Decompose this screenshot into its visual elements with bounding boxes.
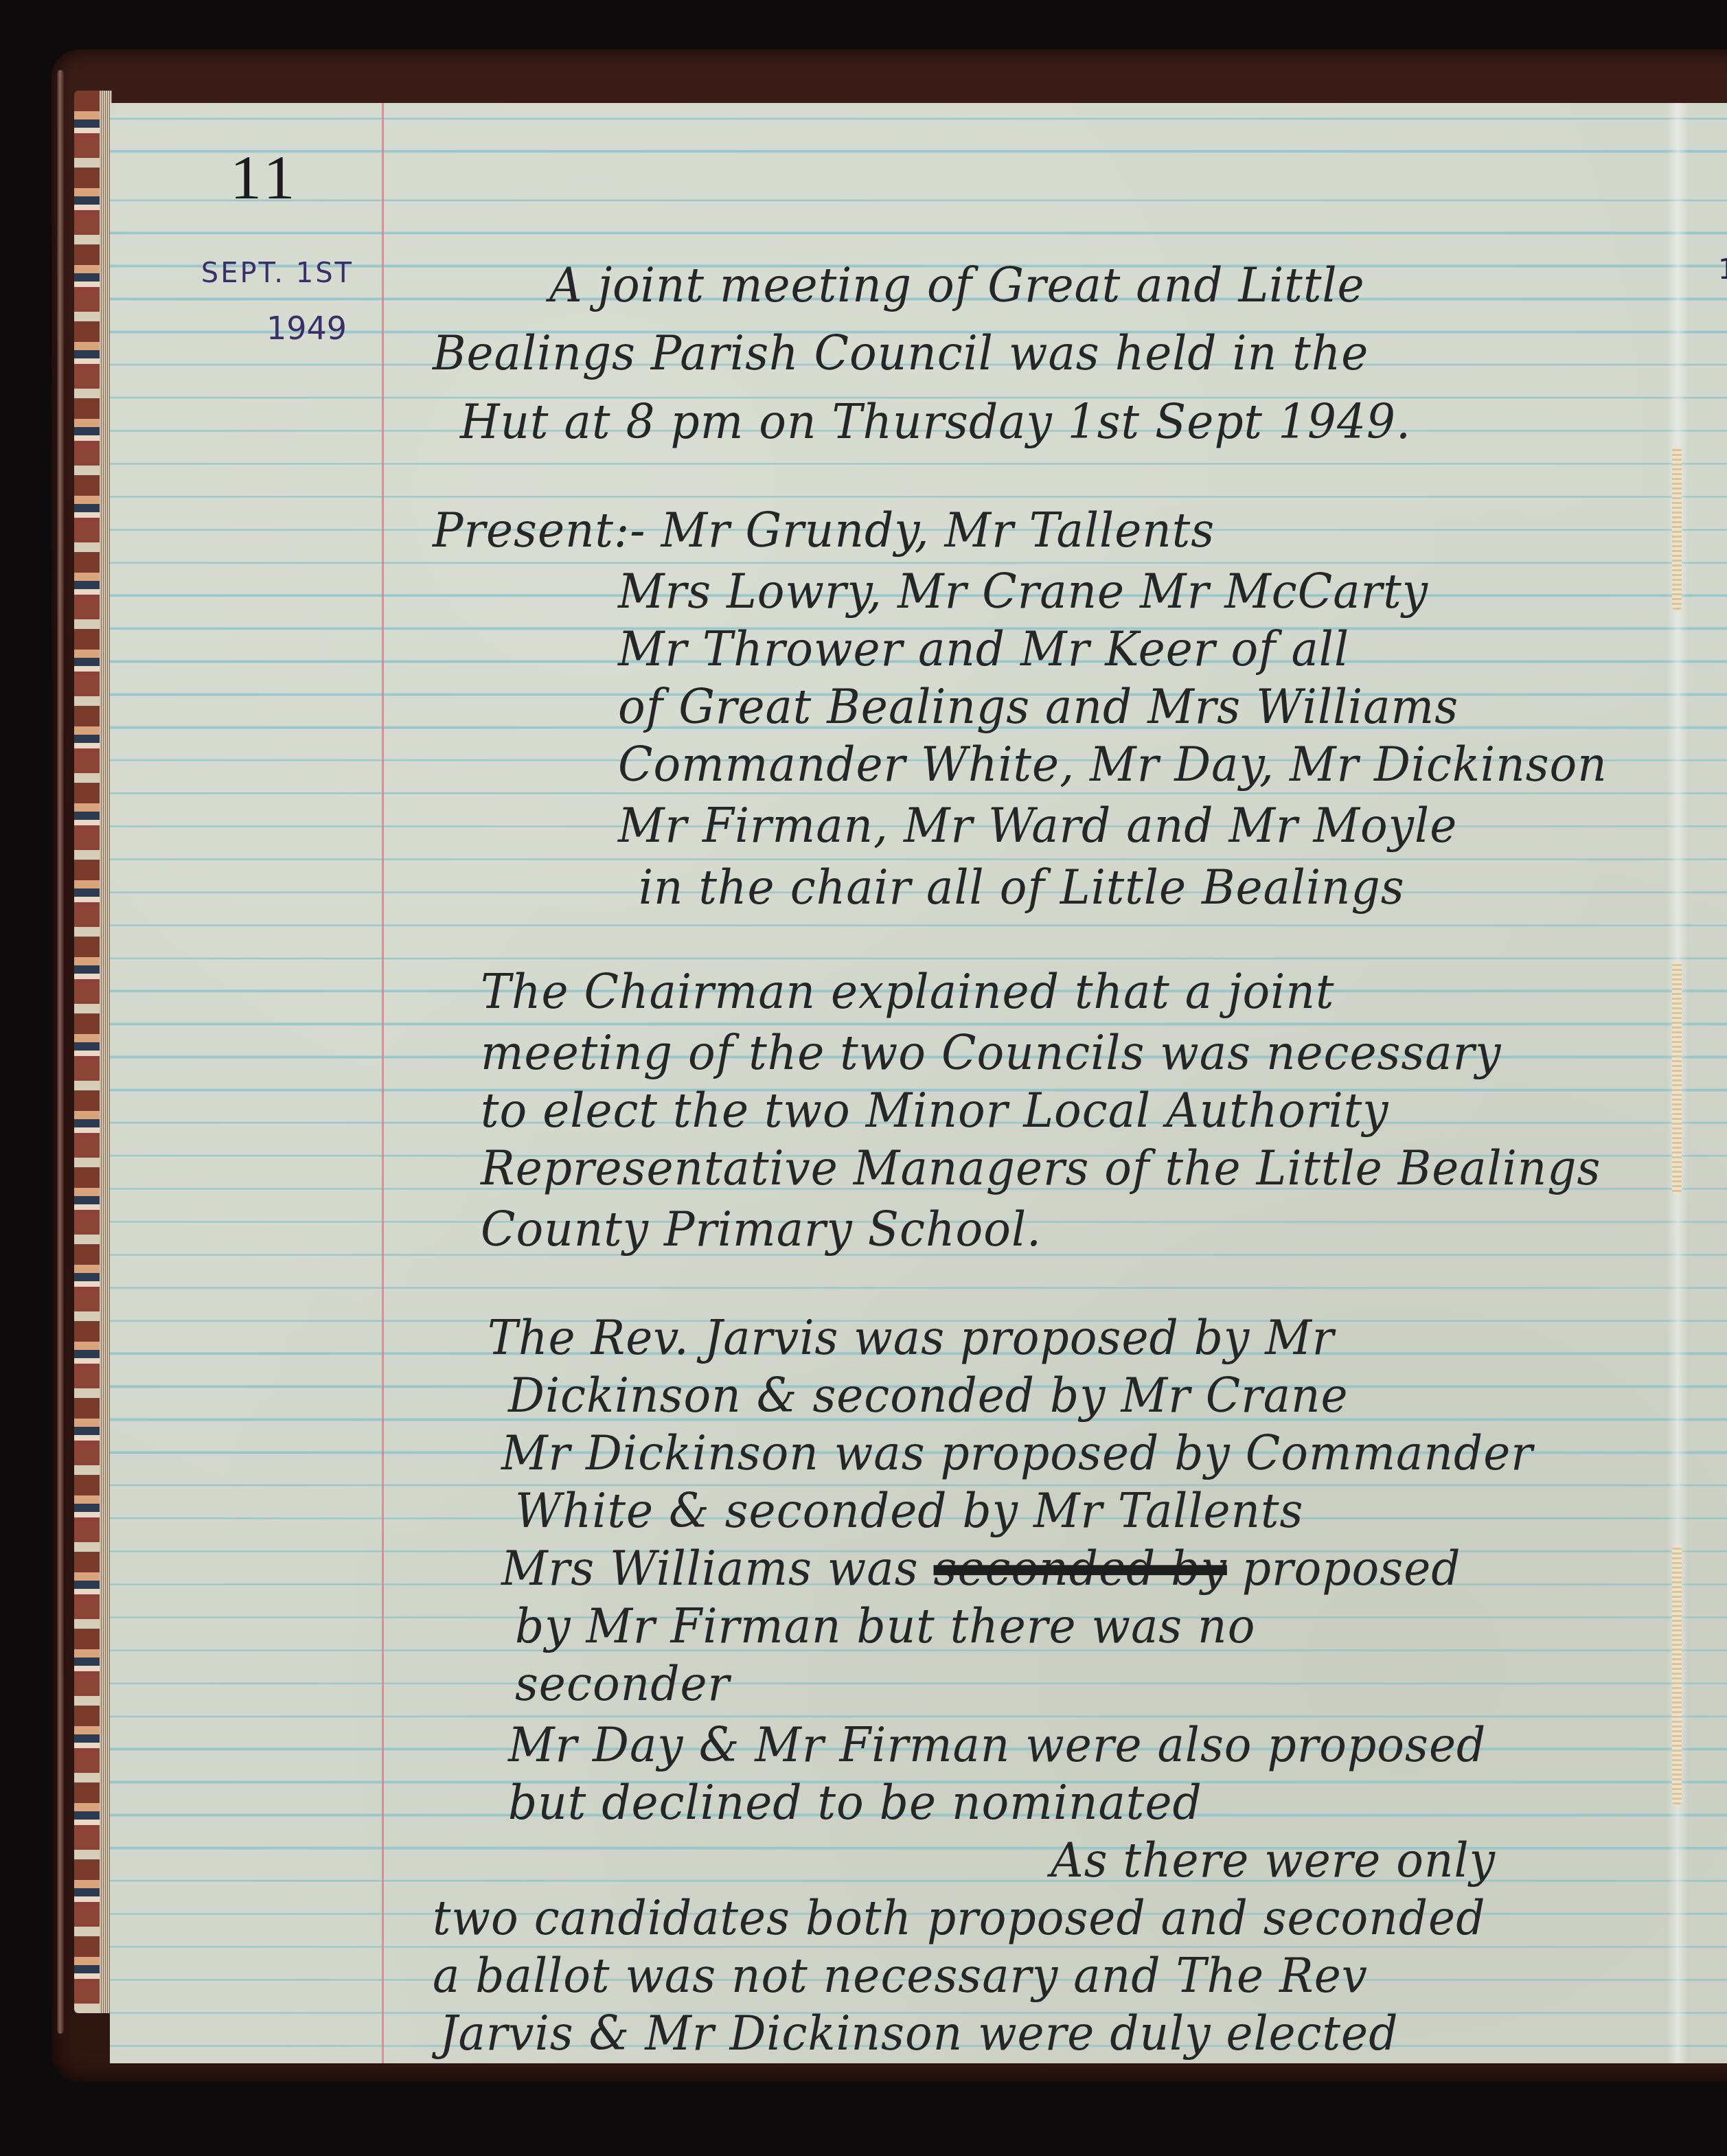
notebook-page: 1( 11 SEPT. 1ST 1949 A joint meeting of … — [110, 103, 1727, 2063]
minute-line: Hut at 8 pm on Thursday 1st Sept 1949. — [460, 388, 1411, 457]
minute-line: County Primary School. — [481, 1195, 1042, 1265]
minute-line: Jarvis & Mr Dickinson were duly elected — [439, 1999, 1398, 2063]
margin-date: SEPT. 1ST 1949 — [175, 257, 354, 347]
nomination-williams-suffix: proposed — [1227, 1541, 1461, 1596]
minute-line: Present:- Mr Grundy, Mr Tallents — [433, 496, 1215, 565]
minute-line: Representative Managers of the Little Be… — [481, 1134, 1601, 1203]
margin-line — [382, 103, 384, 2063]
minute-line: Mr Firman, Mr Ward and Mr Moyle — [618, 792, 1457, 861]
nomination-williams-prefix: Mrs Williams was — [501, 1541, 934, 1596]
margin-date-year: 1949 — [175, 310, 354, 347]
margin-date-day: SEPT. 1ST — [175, 257, 354, 289]
binding-thread — [1672, 1545, 1682, 1806]
minute-line: in the chair all of Little Bealings — [639, 853, 1405, 922]
next-page-fragment: 1( — [1718, 254, 1727, 286]
minute-line: Commander White, Mr Day, Mr Dickinson — [618, 731, 1608, 800]
struck-out-text: seconded by — [934, 1541, 1227, 1596]
binding-thread — [1672, 446, 1682, 611]
minute-line: The Chairman explained that a joint — [481, 957, 1334, 1027]
minute-line: A joint meeting of Great and Little — [549, 251, 1365, 320]
minute-line: seconder — [515, 1649, 730, 1719]
binding-thread — [1672, 961, 1682, 1195]
minute-line: Bealings Parish Council was held in the — [433, 319, 1369, 389]
page-number: 11 — [230, 141, 299, 214]
page-edges — [74, 91, 112, 2013]
